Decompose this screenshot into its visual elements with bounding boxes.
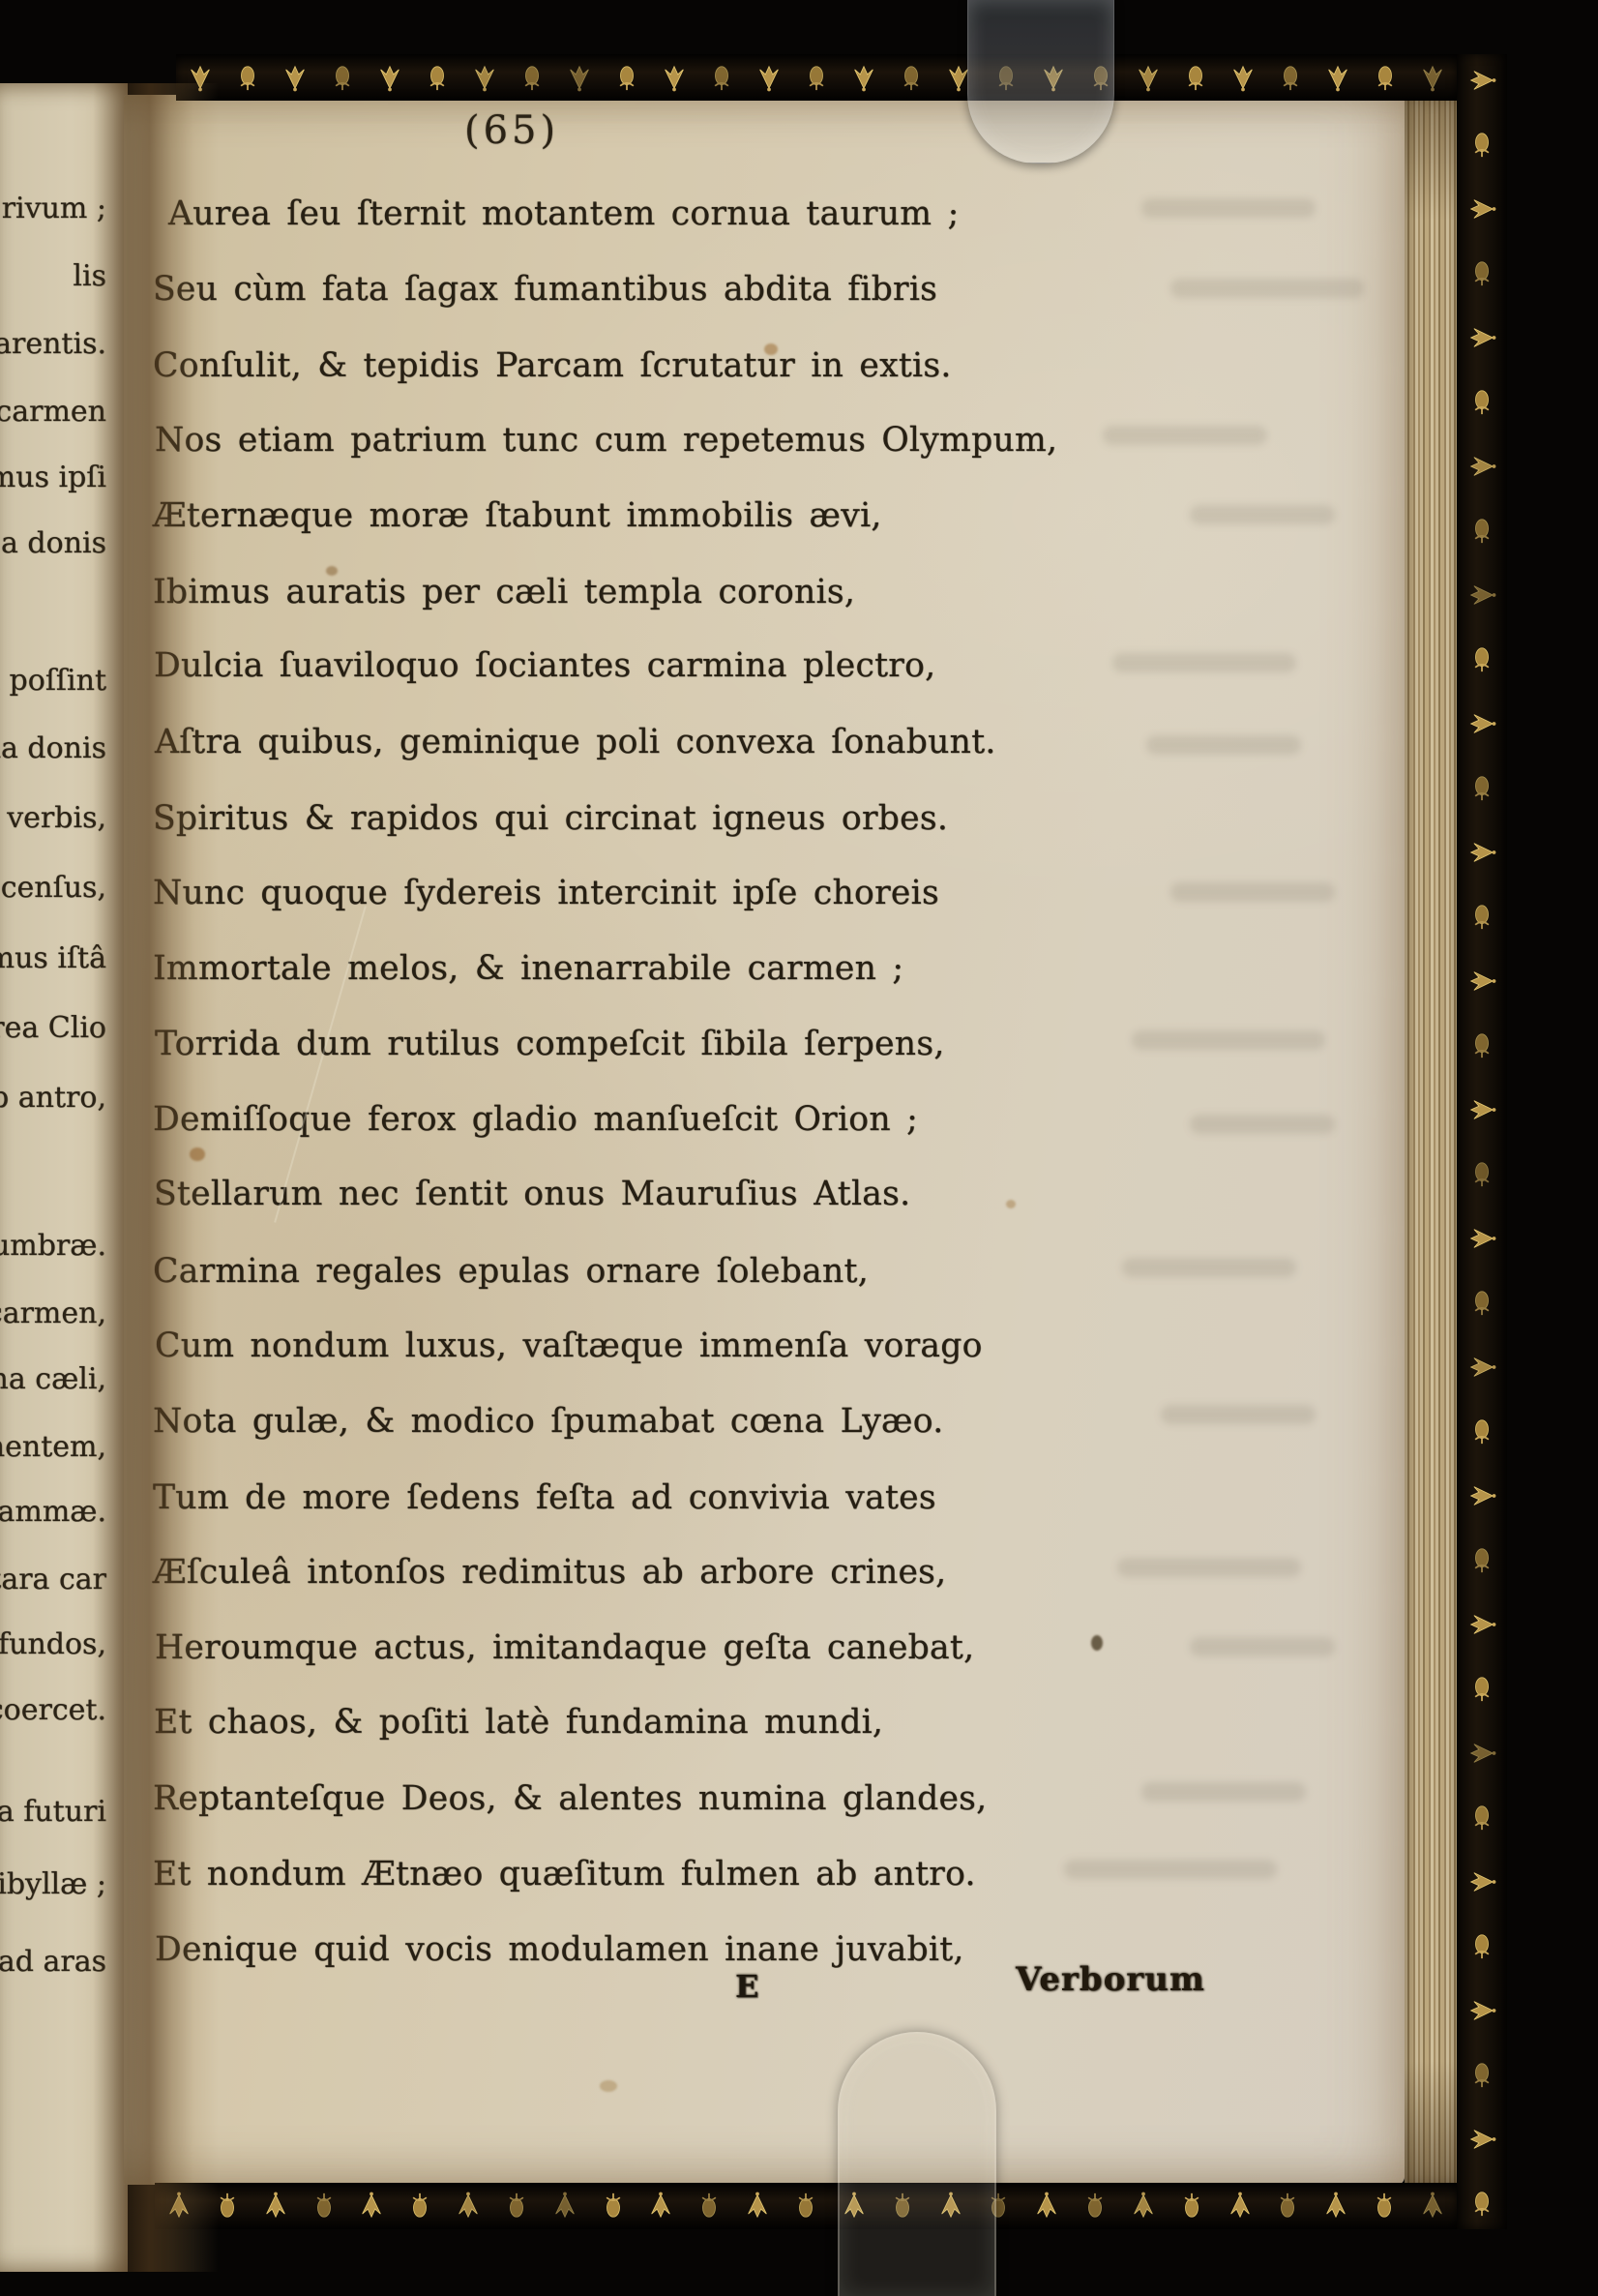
gilt-palmette-icon	[1467, 2125, 1496, 2154]
ink-bleedthrough	[1170, 279, 1364, 298]
gilt-palmette-icon	[1467, 66, 1496, 95]
signature-mark: E	[735, 1968, 758, 2005]
verse-line: Aſtra quibus, geminique poli convexa ſon…	[155, 704, 1267, 780]
gilt-bud-icon	[1467, 516, 1496, 545]
ink-bleedthrough	[1190, 1637, 1335, 1656]
facing-page-fragment: agina cenſus,	[0, 871, 106, 905]
gilt-bud-icon	[310, 2192, 339, 2221]
gilt-bud-icon	[695, 2192, 724, 2221]
gilt-bud-icon	[1467, 902, 1496, 931]
gilt-bud-icon	[707, 63, 736, 92]
gilt-border-right	[1457, 54, 1507, 2229]
gilt-bud-icon	[1371, 63, 1400, 92]
gilt-bud-icon	[1467, 644, 1496, 673]
gilt-bud-icon	[802, 63, 831, 92]
gilt-palmette-icon	[1323, 63, 1352, 92]
gilt-palmette-icon	[1129, 2192, 1158, 2221]
facing-page-fragment: git ad aras	[0, 1945, 106, 1979]
facing-page-fragment: imus ipſi	[0, 461, 106, 494]
facing-page-fragment: daque Tartara car	[0, 1563, 106, 1596]
gilt-palmette-icon	[1467, 1353, 1496, 1382]
facing-page-fragment: ora Sibyllæ ;	[0, 1867, 106, 1901]
foxing-spot	[764, 343, 778, 355]
ink-bleedthrough	[1190, 505, 1335, 524]
gilt-bud-icon	[1467, 130, 1496, 159]
gilt-bud-icon	[1467, 1545, 1496, 1574]
facing-page-fragment: profundos,	[0, 1627, 106, 1661]
facing-page-fragment: nina cæli,	[0, 1362, 106, 1396]
gilt-bud-icon	[1273, 2192, 1302, 2221]
gilt-bud-icon	[1467, 1288, 1496, 1317]
verse-line: Torrida dum rutilus compeſcit ſibila ſer…	[155, 1006, 1267, 1082]
gilt-palmette-icon	[1467, 1224, 1496, 1253]
book-strap-bottom	[838, 2032, 996, 2296]
gilt-bud-icon	[1467, 773, 1496, 802]
gilt-palmette-icon	[1467, 194, 1496, 224]
gilt-palmette-icon	[1321, 2192, 1350, 2221]
gilt-bud-icon	[1467, 1416, 1496, 1446]
gilt-bud-icon	[518, 63, 547, 92]
verse-line: Spiritus & rapidos qui circinat igneus o…	[153, 781, 1265, 856]
gilt-bud-icon	[1276, 63, 1305, 92]
gilt-bud-icon	[233, 63, 262, 92]
gilt-palmette-icon	[1467, 323, 1496, 352]
facing-page-fragment: lis	[73, 259, 106, 293]
ink-bleedthrough	[1146, 735, 1301, 755]
gilt-bud-icon	[897, 63, 926, 92]
gilt-palmette-icon	[550, 2192, 579, 2221]
verse-line: Seu cùm fata ſagax fumantibus abdita fib…	[153, 252, 1265, 327]
gilt-palmette-icon	[1467, 1481, 1496, 1510]
gilt-bud-icon	[1467, 387, 1496, 416]
gilt-palmette-icon	[1418, 63, 1447, 92]
verse-line: Nos etiam patrium tunc cum repetemus Oly…	[155, 403, 1267, 478]
verse-line: Ibimus auratis per cæli templa coronis,	[153, 554, 1265, 630]
gilt-palmette-icon	[1467, 967, 1496, 996]
gilt-bud-icon	[423, 63, 452, 92]
facing-page-fragment: atia donis	[0, 731, 106, 765]
ink-bleedthrough	[1122, 1258, 1296, 1277]
gilt-border-bottom	[155, 2183, 1457, 2229]
page-number: (65)	[464, 108, 559, 153]
gilt-palmette-icon	[261, 2192, 290, 2221]
verse-line: Et chaos, & poſiti latè fundamina mundi,	[154, 1685, 1266, 1760]
facing-page-fragment: a futuri	[0, 1795, 106, 1829]
verse-line: Carmina regales epulas ornare ſolebant,	[153, 1234, 1265, 1309]
facing-page-fragments: rivum ;lisparentis.time carmenimus ipſia…	[0, 0, 114, 2296]
gilt-palmette-icon	[1467, 1867, 1496, 1896]
gilt-bud-icon	[599, 2192, 628, 2221]
gilt-palmette-icon	[1134, 63, 1163, 92]
facing-page-fragment: ida verbis,	[0, 801, 106, 835]
ink-bleedthrough	[1190, 1115, 1335, 1134]
ink-bleedthrough	[1132, 1030, 1325, 1050]
facing-page-fragment: ice carmen,	[0, 1297, 106, 1330]
foxing-spot	[1006, 1200, 1016, 1208]
gilt-palmette-icon	[454, 2192, 483, 2221]
verse-line: Dulcia ſuaviloquo ſociantes carmina plec…	[154, 628, 1266, 703]
facing-page-fragment: es umbræ.	[0, 1229, 106, 1263]
gilt-palmette-icon	[755, 63, 784, 92]
verse-line: Stellarum nec ſentit onus Mauruſius Atla…	[154, 1156, 1266, 1232]
gilt-border-top	[176, 54, 1457, 101]
verse-line: Æſculeâ intonſos redimitus ab arbore cri…	[153, 1535, 1265, 1610]
ink-bleedthrough	[1141, 1782, 1306, 1802]
ink-bleedthrough	[1112, 653, 1296, 672]
facing-page-fragment: dit aurea Clio	[0, 1011, 106, 1045]
gilt-palmette-icon	[375, 63, 404, 92]
gilt-bud-icon	[502, 2192, 531, 2221]
gilt-palmette-icon	[1032, 2192, 1061, 2221]
gilt-bud-icon	[1467, 1159, 1496, 1188]
gilt-palmette-icon	[1228, 63, 1258, 92]
gilt-palmette-icon	[1467, 1095, 1496, 1124]
gilt-bud-icon	[1080, 2192, 1110, 2221]
gilt-palmette-icon	[1467, 709, 1496, 738]
gilt-palmette-icon	[470, 63, 499, 92]
foxing-spot	[326, 566, 338, 576]
gilt-palmette-icon	[660, 63, 689, 92]
facing-page-fragment: parentis.	[0, 327, 106, 361]
verse-line: Cum nondum luxus, vaſtæque immenſa vorag…	[155, 1308, 1267, 1384]
gilt-bud-icon	[1467, 2060, 1496, 2089]
verse-line: Nunc quoque ſydereis intercinit ipſe cho…	[153, 855, 1265, 931]
gilt-bud-icon	[213, 2192, 242, 2221]
ink-bleedthrough	[1117, 1558, 1301, 1577]
gilt-bud-icon	[1467, 258, 1496, 287]
gilt-palmette-icon	[646, 2192, 675, 2221]
gilt-bud-icon	[1467, 1803, 1496, 1832]
facing-page-fragment: time carmen	[0, 395, 106, 429]
gilt-bud-icon	[1467, 2189, 1496, 2218]
verse-text: Aurea ſeu ſternit motantem cornua taurum…	[153, 176, 1265, 1987]
gilt-bud-icon	[1467, 1030, 1496, 1059]
ink-blot	[1091, 1635, 1103, 1651]
facing-page-fragment: umeravimus iſtâ	[0, 941, 106, 975]
gilt-palmette-icon	[1226, 2192, 1255, 2221]
gilt-palmette-icon	[186, 63, 215, 92]
gilt-bud-icon	[1467, 1931, 1496, 1960]
book-photo: rivum ;lisparentis.time carmenimus ipſia…	[0, 0, 1598, 2296]
gilt-palmette-icon	[281, 63, 310, 92]
facing-page-fragment: e coercet.	[0, 1693, 106, 1727]
facing-page-fragment: a donis	[1, 526, 106, 560]
gilt-palmette-icon	[1467, 1610, 1496, 1639]
foxing-spot	[190, 1148, 205, 1161]
gilt-palmette-icon	[164, 2192, 193, 2221]
verse-line: Conſulit, & tepidis Parcam ſcrutatur in …	[153, 328, 1265, 403]
facing-page-fragment: rè ſub antro,	[0, 1081, 106, 1115]
facing-page-fragment: rivum ;	[2, 192, 106, 225]
gilt-palmette-icon	[743, 2192, 772, 2221]
gilt-bud-icon	[1177, 2192, 1206, 2221]
gilt-bud-icon	[405, 2192, 434, 2221]
ink-bleedthrough	[1141, 198, 1316, 218]
facing-page-fragment: igia flammæ.	[0, 1495, 106, 1529]
gilt-bud-icon	[1181, 63, 1210, 92]
gilt-palmette-icon	[1467, 581, 1496, 610]
verse-line: Aurea ſeu ſternit motantem cornua taurum…	[153, 176, 1265, 252]
verse-line: Demiſſoque ferox gladio manſueſcit Orion…	[153, 1082, 1265, 1157]
verse-line: Æternæque moræ ſtabunt immobilis ævi,	[153, 478, 1265, 553]
gilt-bud-icon	[791, 2192, 820, 2221]
verse-line: Tum de more ſedens feſta ad convivia vat…	[153, 1460, 1265, 1536]
book-strap-top	[967, 0, 1114, 164]
verse-line: Reptanteſque Deos, & alentes numina glan…	[153, 1761, 1265, 1836]
gilt-palmette-icon	[1418, 2192, 1447, 2221]
facing-page-fragment: t origine mentem,	[0, 1430, 106, 1464]
page-stack-fore-edge	[1405, 95, 1461, 2187]
foxing-spot	[600, 2080, 617, 2092]
gilt-bud-icon	[612, 63, 641, 92]
ink-bleedthrough	[1161, 1405, 1316, 1424]
gilt-bud-icon	[1370, 2192, 1399, 2221]
gilt-bud-icon	[1467, 1674, 1496, 1703]
gilt-palmette-icon	[1467, 1996, 1496, 2025]
gilt-bud-icon	[328, 63, 357, 92]
gilt-palmette-icon	[565, 63, 594, 92]
gilt-palmette-icon	[1467, 1739, 1496, 1768]
ink-bleedthrough	[1170, 882, 1335, 902]
gilt-palmette-icon	[1467, 838, 1496, 867]
gilt-palmette-icon	[357, 2192, 386, 2221]
ink-bleedthrough	[1103, 426, 1267, 445]
gilt-palmette-icon	[849, 63, 878, 92]
verse-line: Immortale melos, & inenarrabile carmen ;	[153, 931, 1265, 1006]
ink-bleedthrough	[1064, 1860, 1277, 1879]
facing-page-fragment: xima poſſint	[0, 664, 106, 698]
catchword: Verborum	[1016, 1960, 1205, 1999]
verse-line: Nota gulæ, & modico ſpumabat cœna Lyæo.	[153, 1384, 1265, 1459]
gilt-palmette-icon	[1467, 452, 1496, 481]
